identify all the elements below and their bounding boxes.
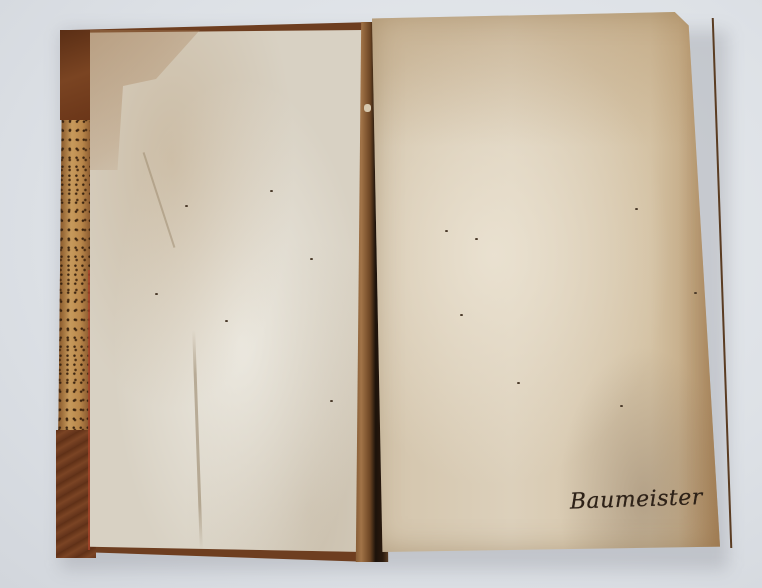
foxing-speck: [635, 208, 638, 210]
foxing-speck: [155, 293, 158, 295]
foxing-speck: [475, 238, 478, 240]
foxing-speck: [460, 314, 463, 316]
foxing-speck: [330, 400, 333, 402]
handwritten-signature: Baumeister: [569, 484, 720, 525]
foxing-speck: [185, 205, 188, 207]
foxing-speck: [270, 190, 273, 192]
foxing-speck: [445, 230, 448, 232]
red-edge-rule: [88, 270, 90, 550]
foxing-speck: [225, 320, 228, 322]
foxing-speck: [310, 258, 313, 260]
photo-scene: Baumeister: [0, 0, 762, 588]
foxing-speck: [694, 292, 697, 294]
foxing-speck: [517, 382, 520, 384]
left-pastedown: [90, 30, 364, 552]
sprinkled-calf-edge: [58, 110, 91, 430]
right-flyleaf-toning: [372, 12, 720, 552]
sewing-station: [364, 104, 371, 112]
foxing-speck: [620, 405, 623, 407]
